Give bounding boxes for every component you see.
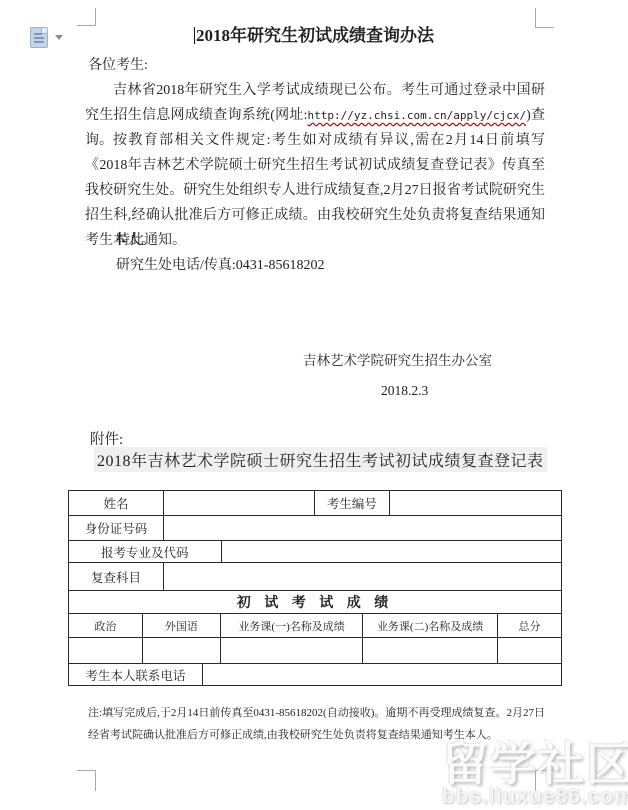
foreign-language-header-cell: 外国语 [143,614,221,638]
politics-score-cell[interactable] [69,638,143,664]
recheck-subject-input-cell[interactable] [164,563,561,591]
greeting-line: 各位考生: [88,53,148,78]
table-row: 考生本人联系电话 [69,664,561,685]
notice-line: 特此通知。 [116,228,186,253]
table-row: 报考专业及代码 [69,541,561,563]
footnote: 注:填写完成后,于2月14日前传真至0431-85618202(自动接收)。逾期… [88,702,545,746]
major-input-cell[interactable] [222,541,561,563]
table-row: 初 试 考 试 成 绩 [69,591,561,614]
word-document-page[interactable]: 2018年研究生初试成绩查询办法 各位考生: 吉林省2018年研究生入学考试成绩… [0,0,628,810]
margin-crop-mark-bottom-left [77,770,96,791]
id-number-input-cell[interactable] [164,516,561,541]
recheck-registration-table: 姓名 考生编号 身份证号码 报考专业及代码 复查科目 初 试 考 试 成 绩 政… [68,490,562,686]
table-row: 政治 外国语 业务课(一)名称及成绩 业务课(二)名称及成绩 总分 [69,614,561,638]
name-input-cell[interactable] [164,491,315,516]
signature-organization: 吉林艺术学院研究生招生办公室 [303,348,492,373]
table-row: 复查科目 [69,563,561,591]
candidate-no-input-cell[interactable] [390,491,561,516]
total-score-cell[interactable] [498,638,561,664]
text-cursor [194,27,195,44]
course1-score-cell[interactable] [221,638,363,664]
phone-fax-line: 研究生处电话/传真:0431-85618202 [116,253,324,278]
document-title: 2018年研究生初试成绩查询办法 [0,24,628,48]
signature-date: 2018.2.3 [381,378,428,403]
table-row: 姓名 考生编号 [69,491,561,516]
scores-section-header-cell: 初 试 考 试 成 绩 [69,591,561,614]
query-url-link[interactable]: http://yz.chsi.com.cn/apply/cjcx/ [308,109,527,122]
politics-header-cell: 政治 [69,614,143,638]
course2-header-cell: 业务课(二)名称及成绩 [363,614,498,638]
candidate-no-label-cell: 考生编号 [315,491,390,516]
margin-crop-mark-bottom-right [535,770,554,791]
foreign-language-score-cell[interactable] [143,638,221,664]
total-header-cell: 总分 [498,614,561,638]
recheck-subject-label-cell: 复查科目 [69,563,164,591]
document-title-text: 2018年研究生初试成绩查询办法 [196,26,434,45]
major-label-cell: 报考专业及代码 [69,541,222,563]
table-row [69,638,561,664]
id-number-label-cell: 身份证号码 [69,516,164,541]
name-label-cell: 姓名 [69,491,164,516]
table-row: 身份证号码 [69,516,561,541]
contact-phone-input-cell[interactable] [203,664,561,685]
contact-phone-label-cell: 考生本人联系电话 [69,664,203,685]
course1-header-cell: 业务课(一)名称及成绩 [221,614,363,638]
attachment-title: 2018年吉林艺术学院硕士研究生招生考试初试成绩复查登记表 [94,447,547,472]
course2-score-cell[interactable] [363,638,498,664]
